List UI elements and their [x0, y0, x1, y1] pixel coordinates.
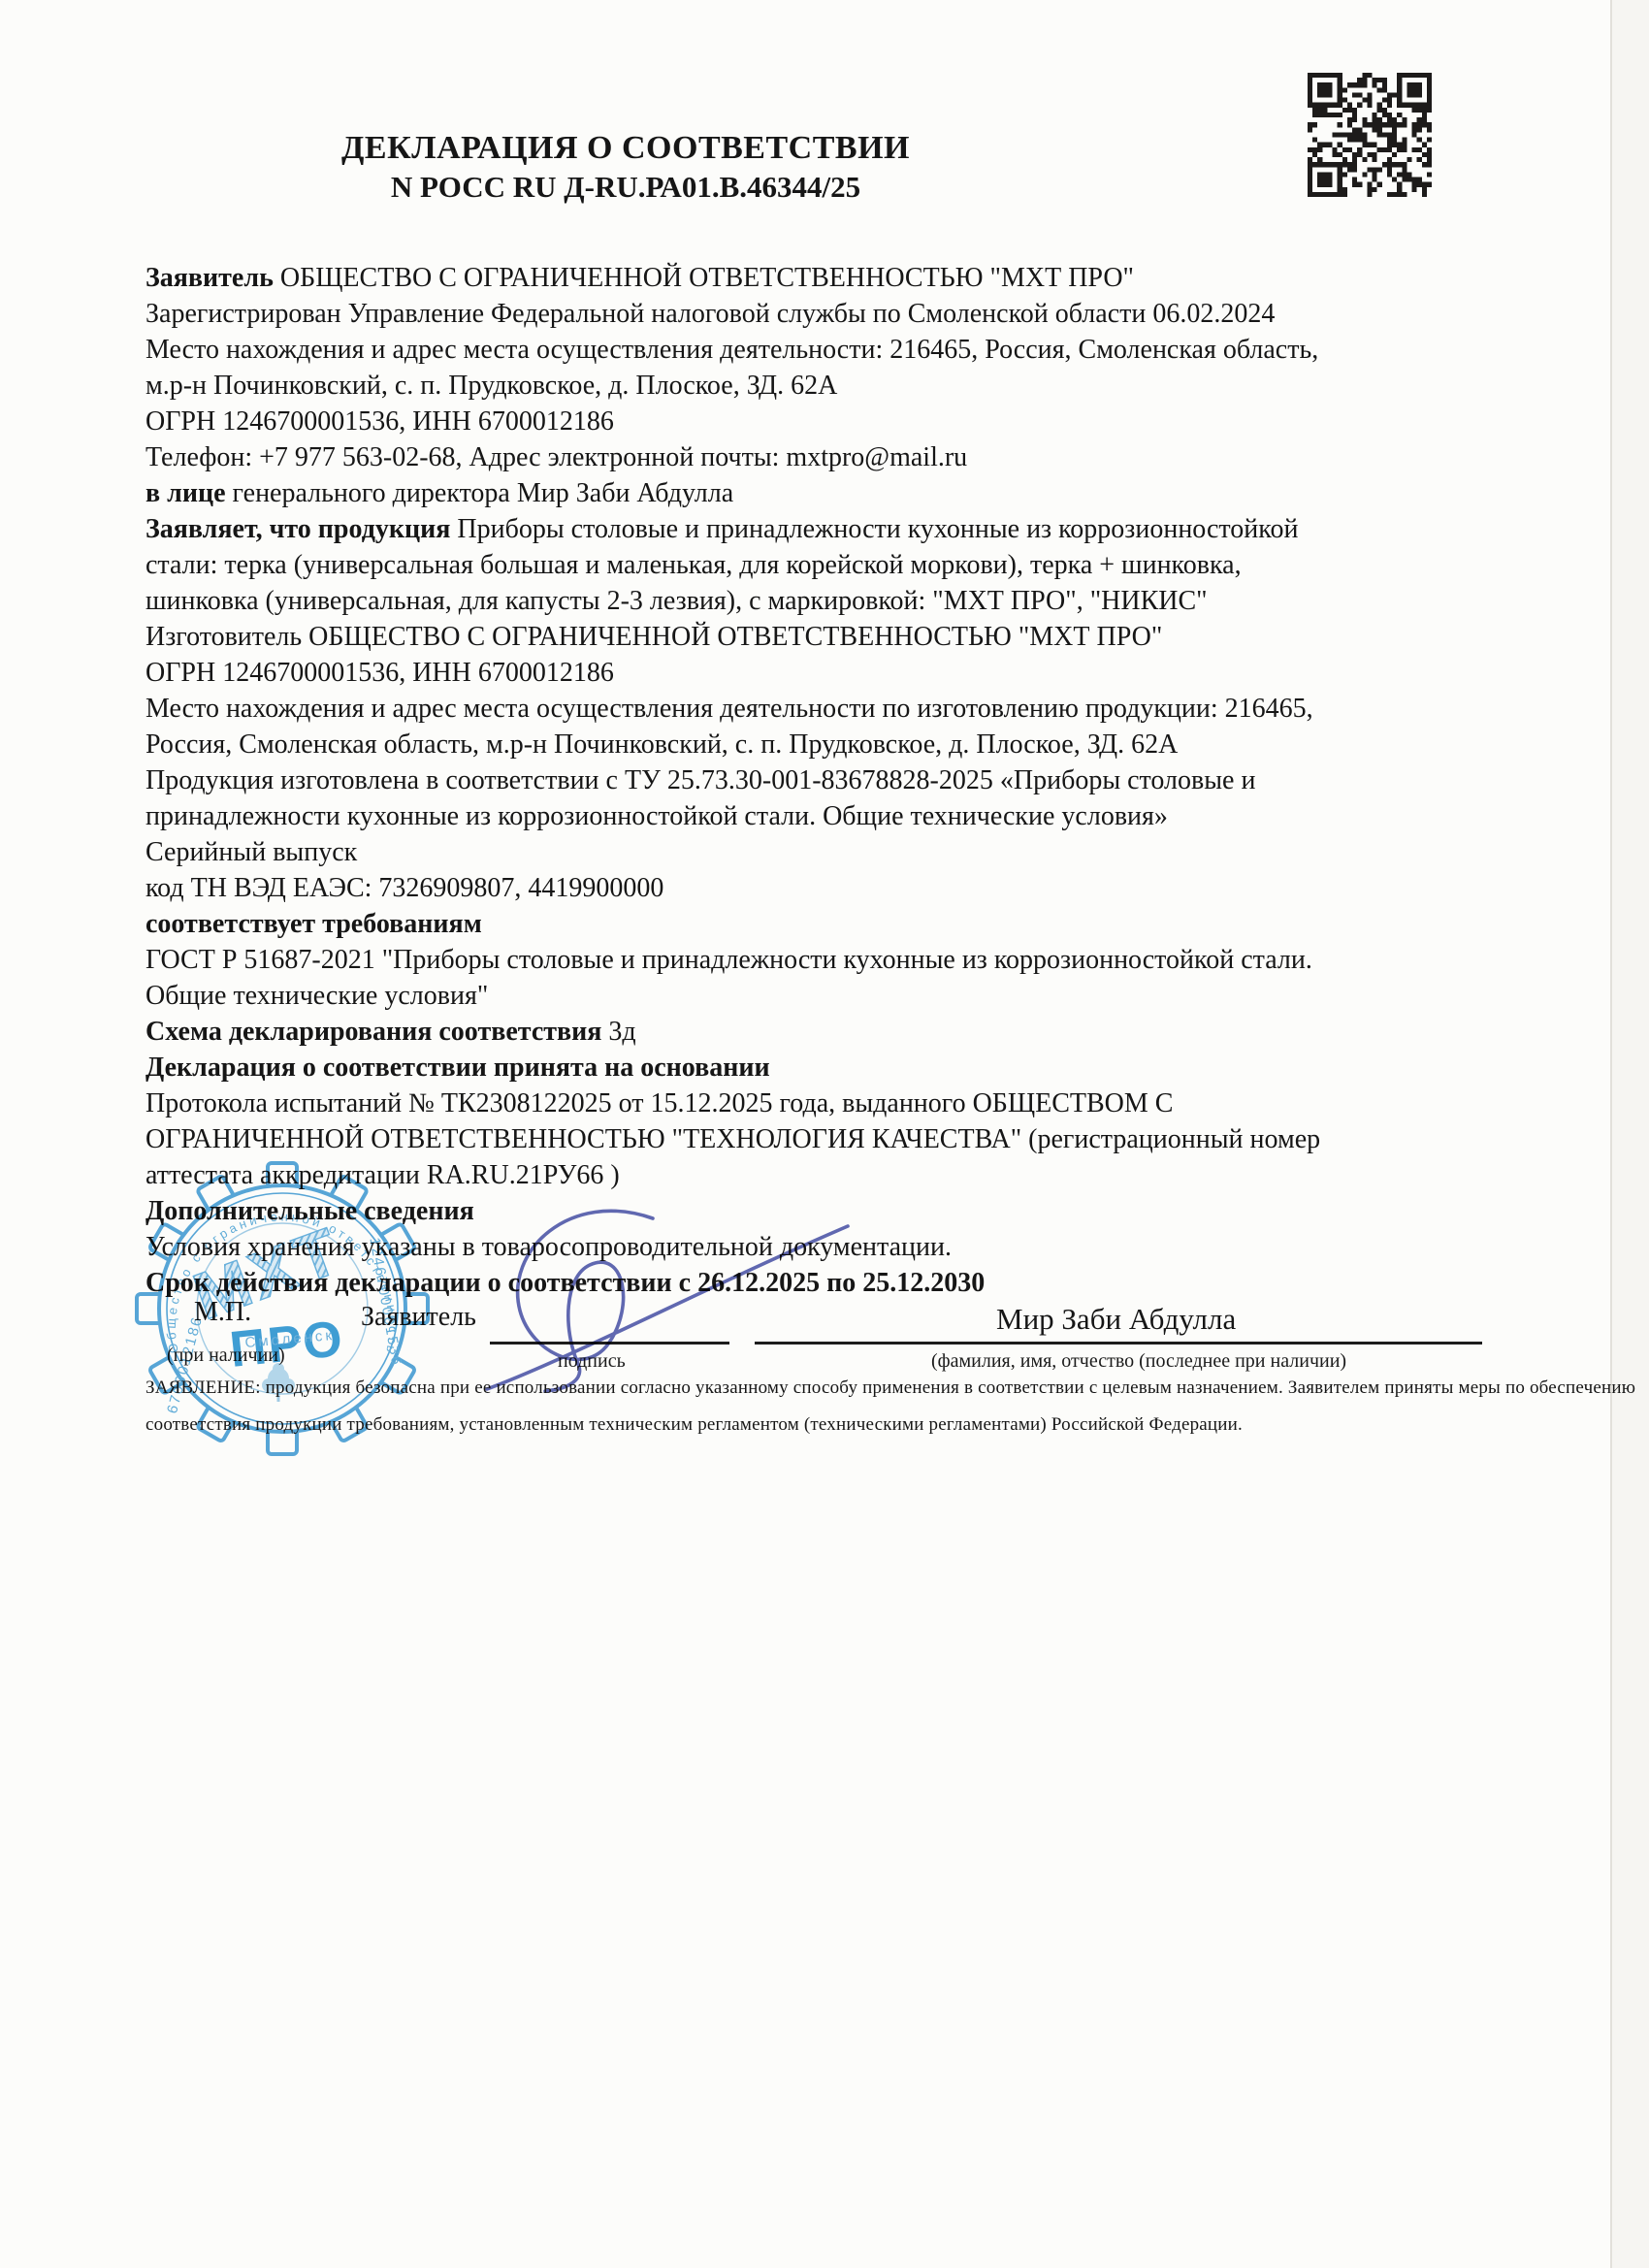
- qr-code-icon: [1308, 73, 1432, 197]
- body-line: ГОСТ Р 51687-2021 "Приборы столовые и пр…: [145, 942, 1523, 978]
- body-line: Протокола испытаний № ТК2308122025 от 15…: [145, 1085, 1523, 1121]
- body-line: Телефон: +7 977 563-02-68, Адрес электро…: [145, 439, 1523, 475]
- body-line: код ТН ВЭД ЕАЭС: 7326909807, 4419900000: [145, 870, 1523, 906]
- name-rule: [755, 1342, 1482, 1345]
- scan-edge-line: [1610, 0, 1612, 2268]
- body-line: в лице генерального директора Мир Заби А…: [145, 475, 1523, 511]
- scan-edge-band: [1612, 0, 1649, 2268]
- footnote-line-2: соответствия продукции требованиям, уста…: [145, 1414, 1243, 1436]
- body-line: м.р-н Починковский, с. п. Прудковское, д…: [145, 368, 1523, 404]
- body-line: Общие технические условия": [145, 978, 1523, 1014]
- body-line: Схема декларирования соответствия 3д: [145, 1014, 1523, 1050]
- body-line: ОГРН 1246700001536, ИНН 6700012186: [145, 655, 1523, 691]
- body-line: стали: терка (универсальная большая и ма…: [145, 547, 1523, 583]
- body-line: Заявляет, что продукция Приборы столовые…: [145, 511, 1523, 547]
- body-line: Серийный выпуск: [145, 834, 1523, 870]
- body-text: Заявитель ОБЩЕСТВО С ОГРАНИЧЕННОЙ ОТВЕТС…: [145, 260, 1523, 1301]
- signature-ink-icon: [454, 1197, 861, 1403]
- document-number: N РОСС RU Д-RU.РА01.В.46344/25: [145, 169, 1106, 206]
- body-line: соответствует требованиям: [145, 906, 1523, 942]
- body-line: Декларация о соответствии принята на осн…: [145, 1050, 1523, 1085]
- holder-name: Мир Заби Абдулла: [996, 1302, 1491, 1337]
- body-line: ОГРН 1246700001536, ИНН 6700012186: [145, 404, 1523, 439]
- body-line: Изготовитель ОБЩЕСТВО С ОГРАНИЧЕННОЙ ОТВ…: [145, 619, 1523, 655]
- body-line: шинковка (универсальная, для капусты 2-3…: [145, 583, 1523, 619]
- body-line: Продукция изготовлена в соответствии с Т…: [145, 762, 1523, 798]
- document-page: ДЕКЛАРАЦИЯ О СООТВЕТСТВИИ N РОСС RU Д-RU…: [0, 0, 1649, 2268]
- footnote-line-1: ЗАЯВЛЕНИЕ: продукция безопасна при ее ис…: [145, 1377, 1635, 1399]
- body-line: Место нахождения и адрес места осуществл…: [145, 691, 1523, 727]
- body-line: Россия, Смоленская область, м.р-н Починк…: [145, 727, 1523, 762]
- body-line: ОГРАНИЧЕННОЙ ОТВЕТСТВЕННОСТЬЮ "ТЕХНОЛОГИ…: [145, 1121, 1523, 1157]
- name-caption: (фамилия, имя, отчество (последнее при н…: [931, 1350, 1346, 1373]
- body-line: принадлежности кухонные из коррозионност…: [145, 798, 1523, 834]
- document-title: ДЕКЛАРАЦИЯ О СООТВЕТСТВИИ: [145, 128, 1106, 169]
- body-line: Заявитель ОБЩЕСТВО С ОГРАНИЧЕННОЙ ОТВЕТС…: [145, 260, 1523, 296]
- body-line: Зарегистрирован Управление Федеральной н…: [145, 296, 1523, 332]
- body-line: Место нахождения и адрес места осуществл…: [145, 332, 1523, 368]
- document-header: ДЕКЛАРАЦИЯ О СООТВЕТСТВИИ N РОСС RU Д-RU…: [145, 128, 1106, 206]
